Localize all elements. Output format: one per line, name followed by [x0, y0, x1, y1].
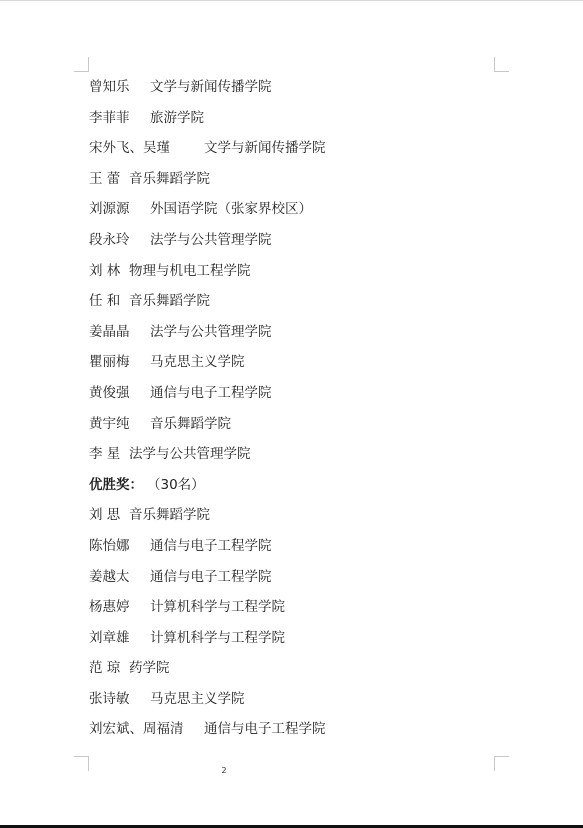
list-item: 范 琼药学院 [89, 658, 489, 689]
college-name: 文学与新闻传播学院 [150, 77, 272, 97]
winner-name: 张诗敏 [89, 689, 130, 709]
list-item: 任 和音乐舞蹈学院 [89, 291, 489, 322]
college-name: 通信与电子工程学院 [150, 567, 272, 587]
list-item: 杨惠婷计算机科学与工程学院 [89, 597, 489, 628]
college-name: 马克思主义学院 [150, 352, 245, 372]
section-count: （30名） [147, 475, 205, 495]
margin-corner-top-right [494, 57, 509, 72]
winner-name: 刘宏斌、周福清 [89, 719, 184, 739]
list-item: 张诗敏马克思主义学院 [89, 689, 489, 720]
winner-name: 刘章雄 [89, 628, 130, 648]
winner-name: 杨惠婷 [89, 597, 130, 617]
page-number: 2 [219, 766, 229, 775]
winner-name: 刘 林 [89, 261, 120, 281]
winner-name: 黄宇纯 [89, 414, 130, 434]
college-name: 通信与电子工程学院 [150, 536, 272, 556]
list-item: 黄俊强通信与电子工程学院 [89, 383, 489, 414]
margin-corner-top-left [74, 57, 89, 72]
section-title: 优胜奖： [89, 475, 143, 495]
winner-name: 宋外飞、吴瑾 [89, 138, 170, 158]
window-top-edge [0, 0, 583, 1]
list-item: 刘宏斌、周福清通信与电子工程学院 [89, 719, 489, 750]
college-name: 音乐舞蹈学院 [129, 169, 210, 189]
college-name: 计算机科学与工程学院 [150, 597, 285, 617]
section-heading: 优胜奖：（30名） [89, 475, 489, 506]
winner-name: 瞿丽梅 [89, 352, 130, 372]
winner-name: 曾知乐 [89, 77, 130, 97]
college-name: 法学与公共管理学院 [150, 230, 272, 250]
winner-name: 任 和 [89, 291, 120, 311]
college-name: 音乐舞蹈学院 [129, 291, 210, 311]
college-name: 法学与公共管理学院 [129, 444, 251, 464]
winner-name: 段永玲 [89, 230, 130, 250]
college-name: 计算机科学与工程学院 [150, 628, 285, 648]
margin-corner-bottom-right [494, 756, 509, 771]
list-item: 陈怡娜通信与电子工程学院 [89, 536, 489, 567]
winner-name: 姜越太 [89, 567, 130, 587]
list-item: 曾知乐文学与新闻传播学院 [89, 77, 489, 108]
college-name: 通信与电子工程学院 [204, 719, 326, 739]
list-item: 黄宇纯音乐舞蹈学院 [89, 414, 489, 445]
list-item: 李菲菲旅游学院 [89, 108, 489, 139]
college-name: 文学与新闻传播学院 [204, 138, 326, 158]
winner-name: 黄俊强 [89, 383, 130, 403]
college-name: 马克思主义学院 [150, 689, 245, 709]
college-name: 旅游学院 [150, 108, 204, 128]
list-item: 李 星法学与公共管理学院 [89, 444, 489, 475]
list-item: 姜晶晶法学与公共管理学院 [89, 322, 489, 353]
college-name: 物理与机电工程学院 [129, 261, 251, 281]
list-item: 刘章雄计算机科学与工程学院 [89, 628, 489, 659]
list-item: 宋外飞、吴瑾文学与新闻传播学院 [89, 138, 489, 169]
winner-name: 王 蕾 [89, 169, 120, 189]
list-item: 段永玲法学与公共管理学院 [89, 230, 489, 261]
award-list: 曾知乐文学与新闻传播学院李菲菲旅游学院宋外飞、吴瑾文学与新闻传播学院王 蕾音乐舞… [89, 77, 489, 750]
winner-name: 陈怡娜 [89, 536, 130, 556]
college-name: 通信与电子工程学院 [150, 383, 272, 403]
winner-name: 刘源源 [89, 199, 130, 219]
list-item: 刘 林物理与机电工程学院 [89, 261, 489, 292]
list-item: 姜越太通信与电子工程学院 [89, 567, 489, 598]
winner-name: 范 琼 [89, 658, 120, 678]
list-item: 王 蕾音乐舞蹈学院 [89, 169, 489, 200]
college-name: 音乐舞蹈学院 [150, 414, 231, 434]
college-name: 外国语学院（张家界校区） [150, 199, 312, 219]
winner-name: 李 星 [89, 444, 120, 464]
college-name: 法学与公共管理学院 [150, 322, 272, 342]
winner-name: 李菲菲 [89, 108, 130, 128]
college-name: 药学院 [129, 658, 170, 678]
list-item: 刘源源外国语学院（张家界校区） [89, 199, 489, 230]
list-item: 瞿丽梅马克思主义学院 [89, 352, 489, 383]
college-name: 音乐舞蹈学院 [129, 505, 210, 525]
winner-name: 刘 思 [89, 505, 120, 525]
winner-name: 姜晶晶 [89, 322, 130, 342]
margin-corner-bottom-left [74, 756, 89, 771]
list-item: 刘 思音乐舞蹈学院 [89, 505, 489, 536]
